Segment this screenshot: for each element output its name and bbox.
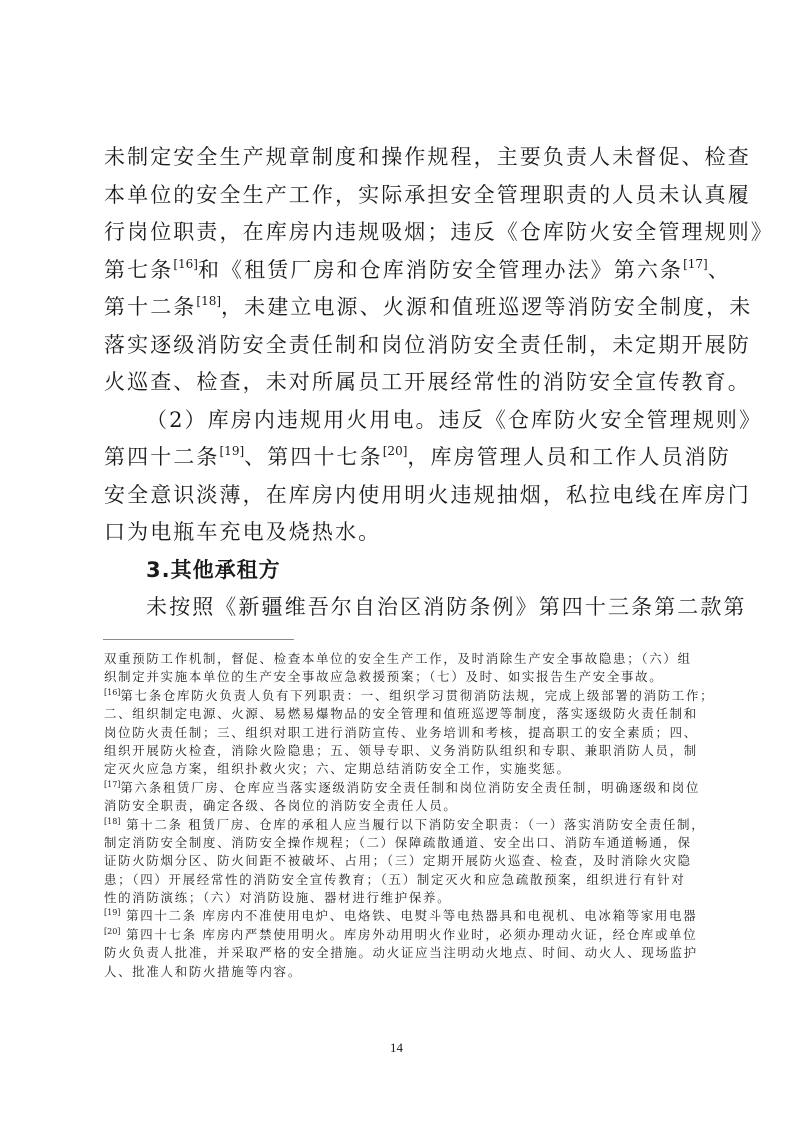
footnote-ref-17[interactable]: [17] bbox=[683, 257, 708, 271]
footnote-line: 二、组织制定电源、火源、易燃易爆物品的安全管理和值班巡逻等制度，落实逐级防火责任… bbox=[104, 705, 704, 723]
footnote-line: 双重预防工作机制，督促、检查本单位的安全生产工作，及时消除生产安全事故隐患；（六… bbox=[104, 650, 704, 668]
footnote-text: 第四十二条 库房内不准使用电炉、电烙铁、电熨斗等电热器具和电视机、电冰箱等家用电… bbox=[120, 908, 697, 923]
text-run: 第七条 bbox=[104, 258, 173, 282]
footnote-mark: [19] bbox=[104, 908, 120, 917]
footnote-mark: [20] bbox=[104, 927, 120, 936]
text-run: ，未建立电源、火源和值班巡逻等消防安全制度，未 bbox=[221, 295, 752, 319]
document-page: 未制定安全生产规章制度和操作规程，主要负责人未督促、检查 本单位的安全生产工作，… bbox=[0, 0, 793, 1122]
footnote-text: 第六条租赁厂房、仓库应当落实逐级消防安全责任制和岗位消防安全责任制，明确逐级和岗… bbox=[120, 780, 700, 795]
footnote-divider bbox=[103, 639, 294, 640]
footnote-line: 定灭火应急方案，组织扑救火灾；六、定期总结消防安全工作，实施奖惩。 bbox=[104, 760, 704, 778]
footnote-line: 人、批准人和防火措施等内容。 bbox=[104, 963, 704, 981]
footnote-line: 证防火防烟分区、防火间距不被破坏、占用；（三）定期开展防火巡查、检查，及时消除火… bbox=[104, 852, 704, 870]
footnote-19: [19] 第四十二条 库房内不准使用电炉、电烙铁、电熨斗等电热器具和电视机、电冰… bbox=[104, 907, 704, 925]
body-line: 落实逐级消防安全责任制和岗位消防安全责任制，未定期开展防 bbox=[104, 327, 702, 365]
body-line: 未按照《新疆维吾尔自治区消防条例》第四十三条第二款第 bbox=[104, 589, 702, 627]
footnote-line: 制定消防安全制度、消防安全操作规程；（二）保障疏散通道、安全出口、消防车通道畅通… bbox=[104, 834, 704, 852]
footnote-text: 第十二条 租赁厂房、仓库的承租人应当履行以下消防安全职责：（一）落实消防安全责任… bbox=[120, 817, 705, 832]
footnote-mark: [18] bbox=[104, 817, 120, 826]
footnote-mark: [17] bbox=[104, 780, 120, 789]
footnote-line: 岗位防火责任制；三、组织对职工进行消防宣传、业务培训和考核，提高职工的安全素质；… bbox=[104, 724, 704, 742]
footnote-line: 性的消防演练；（六）对消防设施、器材进行维护保养。 bbox=[104, 889, 704, 907]
text-run: 、 bbox=[708, 258, 731, 282]
footnote-17: [17]第六条租赁厂房、仓库应当落实逐级消防安全责任制和岗位消防安全责任制，明确… bbox=[104, 779, 704, 797]
text-run: 第十二条 bbox=[104, 295, 196, 319]
text-run: 第四十二条 bbox=[104, 445, 220, 469]
body-line: 本单位的安全生产工作，实际承担安全管理职责的人员未认真履 bbox=[104, 177, 702, 215]
footnote-line: 患；（四）开展经常性的消防安全宣传教育；（五）制定灭火和应急疏散预案，组织进行有… bbox=[104, 871, 704, 889]
body-line: 口为电瓶车充电及烧热水。 bbox=[104, 514, 702, 552]
footnote-18: [18] 第十二条 租赁厂房、仓库的承租人应当履行以下消防安全职责：（一）落实消… bbox=[104, 816, 704, 834]
body-line: 行岗位职责，在库房内违规吸烟；违反《仓库防火安全管理规则》 bbox=[104, 214, 702, 252]
footnote-mark: [16] bbox=[104, 688, 120, 697]
footnote-line: 组织开展防火检查，消除火险隐患；五、领导专职、义务消防队组织和专职、兼职消防人员… bbox=[104, 742, 704, 760]
page-number: 14 bbox=[0, 1040, 793, 1056]
footnote-line: 织制定并实施本单位的生产安全事故应急救援预案；（七）及时、如实报告生产安全事故。 bbox=[104, 668, 704, 686]
footnote-text: 第七条仓库防火负责人负有下列职责：一、组织学习贯彻消防法规，完成上级部署的消防工… bbox=[120, 688, 714, 703]
footnote-text: 第四十七条 库房内严禁使用明火。库房外动用明火作业时，必须办理动火证，经仓库或单… bbox=[120, 927, 697, 942]
body-text: 未制定安全生产规章制度和操作规程，主要负责人未督促、检查 本单位的安全生产工作，… bbox=[104, 139, 702, 627]
text-run: 和《租赁厂房和仓库消防安全管理办法》第六条 bbox=[198, 258, 683, 282]
footnote-ref-18[interactable]: [18] bbox=[196, 294, 221, 308]
body-line: 安全意识淡薄，在库房内使用明火违规抽烟，私拉电线在库房门 bbox=[104, 477, 702, 515]
body-line: 第七条[16]和《租赁厂房和仓库消防安全管理办法》第六条[17]、 bbox=[104, 252, 702, 290]
footnote-line: 防火负责人批准，并采取严格的安全措施。动火证应当注明动火地点、时间、动火人、现场… bbox=[104, 944, 704, 962]
text-run: ，库房管理人员和工作人员消防 bbox=[407, 445, 730, 469]
body-line: 未制定安全生产规章制度和操作规程，主要负责人未督促、检查 bbox=[104, 139, 702, 177]
footnote-20: [20] 第四十七条 库房内严禁使用明火。库房外动用明火作业时，必须办理动火证，… bbox=[104, 926, 704, 944]
footnote-ref-19[interactable]: [19] bbox=[220, 444, 245, 458]
body-line: 第四十二条[19]、第四十七条[20]，库房管理人员和工作人员消防 bbox=[104, 439, 702, 477]
footnote-16: [16]第七条仓库防火负责人负有下列职责：一、组织学习贯彻消防法规，完成上级部署… bbox=[104, 687, 704, 705]
body-line: 第十二条[18]，未建立电源、火源和值班巡逻等消防安全制度，未 bbox=[104, 289, 702, 327]
text-run: 、第四十七条 bbox=[244, 445, 383, 469]
footnote-line: 消防安全职责，确定各级、各岗位的消防安全责任人员。 bbox=[104, 797, 704, 815]
footnote-ref-20[interactable]: [20] bbox=[383, 444, 408, 458]
footnotes: 双重预防工作机制，督促、检查本单位的安全生产工作，及时消除生产安全事故隐患；（六… bbox=[104, 650, 704, 981]
paragraph-item-2: （2）库房内违规用火用电。违反《仓库防火安全管理规则》 bbox=[104, 402, 702, 440]
body-line: 火巡查、检查，未对所属员工开展经常性的消防安全宣传教育。 bbox=[104, 364, 702, 402]
section-heading: 3.其他承租方 bbox=[104, 552, 702, 590]
footnote-ref-16[interactable]: [16] bbox=[173, 257, 198, 271]
